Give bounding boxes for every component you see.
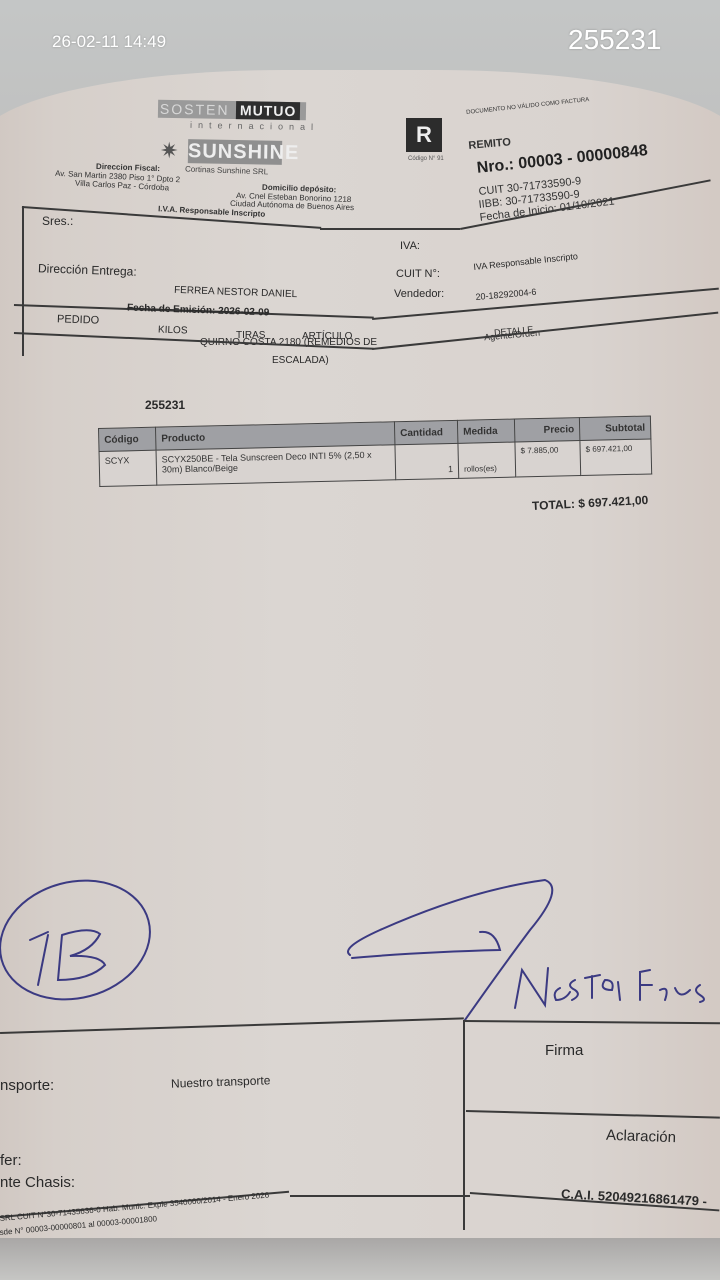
circled-mark-icon [0,864,163,1015]
sun-logo-icon: ✷ [160,138,178,164]
col-kilos: KILOS [158,324,188,336]
cell-medida: rollos(es) [458,442,516,478]
chassis-label: nte Chasis: [0,1174,75,1191]
header-cantidad: Cantidad [394,420,458,444]
logo-sunshine: SUNSHINE [188,139,282,165]
aclaracion-label: Aclaración [606,1127,677,1146]
header-precio: Precio [514,418,580,442]
document-letter-badge: R [406,118,442,152]
order-number: 255231 [145,398,185,412]
client-sres-label: Sres.: [42,214,73,228]
items-table: Código Producto Cantidad Medida Precio S… [98,415,652,487]
firma-label: Firma [545,1042,583,1059]
document-code: Código N° 91 [408,156,444,162]
photo-timestamp: 26-02-11 14:49 [52,32,166,52]
seller-label: Vendedor: [394,288,444,300]
footer-divider [463,1020,465,1230]
footer-border [290,1195,470,1197]
cell-codigo: SCYX [99,450,157,486]
floor-surface [0,1238,720,1280]
header-medida: Medida [457,419,515,443]
delivery-address-line2: ESCALADA) [272,355,329,366]
cell-precio: $ 7.885,00 [515,441,581,477]
driver-label: fer: [0,1152,22,1169]
cell-subtotal: $ 697.421,00 [580,439,652,476]
header-codigo: Código [99,427,157,451]
transport-label: nsporte: [0,1077,54,1094]
handwritten-marks [0,860,720,1040]
photo-reference-number: 255231 [568,24,661,56]
col-pedido: PEDIDO [57,313,100,326]
header-subtotal: Subtotal [579,416,651,441]
cell-cantidad: 1 [395,443,459,479]
border-line [320,228,460,230]
logo-mutuo-text: MUTUO [236,101,301,120]
client-cuit-label: CUIT N°: [396,268,440,280]
logo-sosten-text: SOSTEN [158,100,236,119]
logo-sosten-mutuo: SOSTEN MUTUO [158,100,306,121]
cell-producto: SCYX250BE - Tela Sunscreen Deco INTI 5% … [156,445,396,485]
client-iva-label: IVA: [400,240,420,252]
remito-paper [0,70,720,1260]
